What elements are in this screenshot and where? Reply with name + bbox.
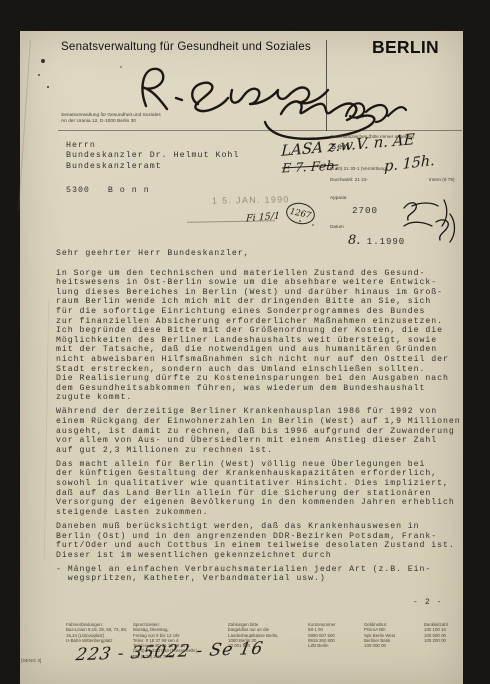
durchwahl-label: Durchwahl: 21 22- [330, 177, 368, 182]
paragraph-4: Daneben muß berücksichtigt werden, daß d… [56, 522, 468, 560]
received-date-stamp: 1 5. JAN. 1990 [212, 194, 290, 205]
salutation: Sehr geehrter Herr Bundeskanzler, [56, 249, 468, 259]
paper-speckles [0, 0, 2, 2]
footer-banks: Geldinstitut PGiroA Bln Spk Berlin West … [364, 622, 420, 648]
recipient-address: Herrn Bundeskanzler Dr. Helmut Kohl Bund… [66, 141, 239, 172]
page-marker: - 2 - [413, 598, 443, 607]
apparat-label: Apparat [330, 195, 346, 200]
circled-number-value: 1267 [289, 206, 312, 220]
apparat-value: 2700 [352, 205, 378, 216]
scanned-letter: Senatsverwaltung für Gesundheit und Sozi… [0, 0, 490, 684]
footer-transport: Fahrverbindungen: Bus-Linien 9,19, 29, 6… [66, 622, 136, 643]
handwritten-check-scrawl [338, 90, 410, 130]
intern-label: Intern (9 79) [429, 177, 455, 182]
footer-account-numbers: Kontonummer 58-1 00 0990 007 600 9919 26… [308, 622, 362, 648]
paragraph-1: in Sorge um den technischen und materiel… [56, 269, 468, 403]
handwritten-struck-note: E 7. Feb. [281, 157, 339, 175]
datum-label: Datum [330, 224, 344, 229]
datum-rest: 1.1990 [360, 237, 405, 247]
datum-day-handwritten: 8. [348, 233, 360, 248]
paragraph-2: Während der derzeitige Berliner Krankenh… [56, 407, 468, 455]
marginal-initials-scrawl [398, 196, 460, 244]
paragraph-3: Das macht allein für Berlin (West) völli… [56, 460, 468, 518]
phone-line: (0 30) 21 30-1 (Vermittlung) [330, 166, 387, 171]
recipient-city: 5300 B o n n [66, 186, 150, 195]
letter-body: Sehr geehrter Herr Bundeskanzler, in Sor… [56, 249, 468, 589]
letterhead-agency: Senatsverwaltung für Gesundheit und Sozi… [61, 40, 311, 53]
datum-value: 8. 1.1990 [348, 231, 405, 249]
form-corner-label: [SENG 3] [21, 659, 41, 664]
berlin-logo: BERLIN [372, 37, 439, 58]
bullet-item: - Mängel an einfachen Verbrauchsmaterial… [56, 565, 468, 584]
footer-bank-codes: Bankleitzahl 100 100 10 100 500 00 100 2… [424, 622, 464, 643]
